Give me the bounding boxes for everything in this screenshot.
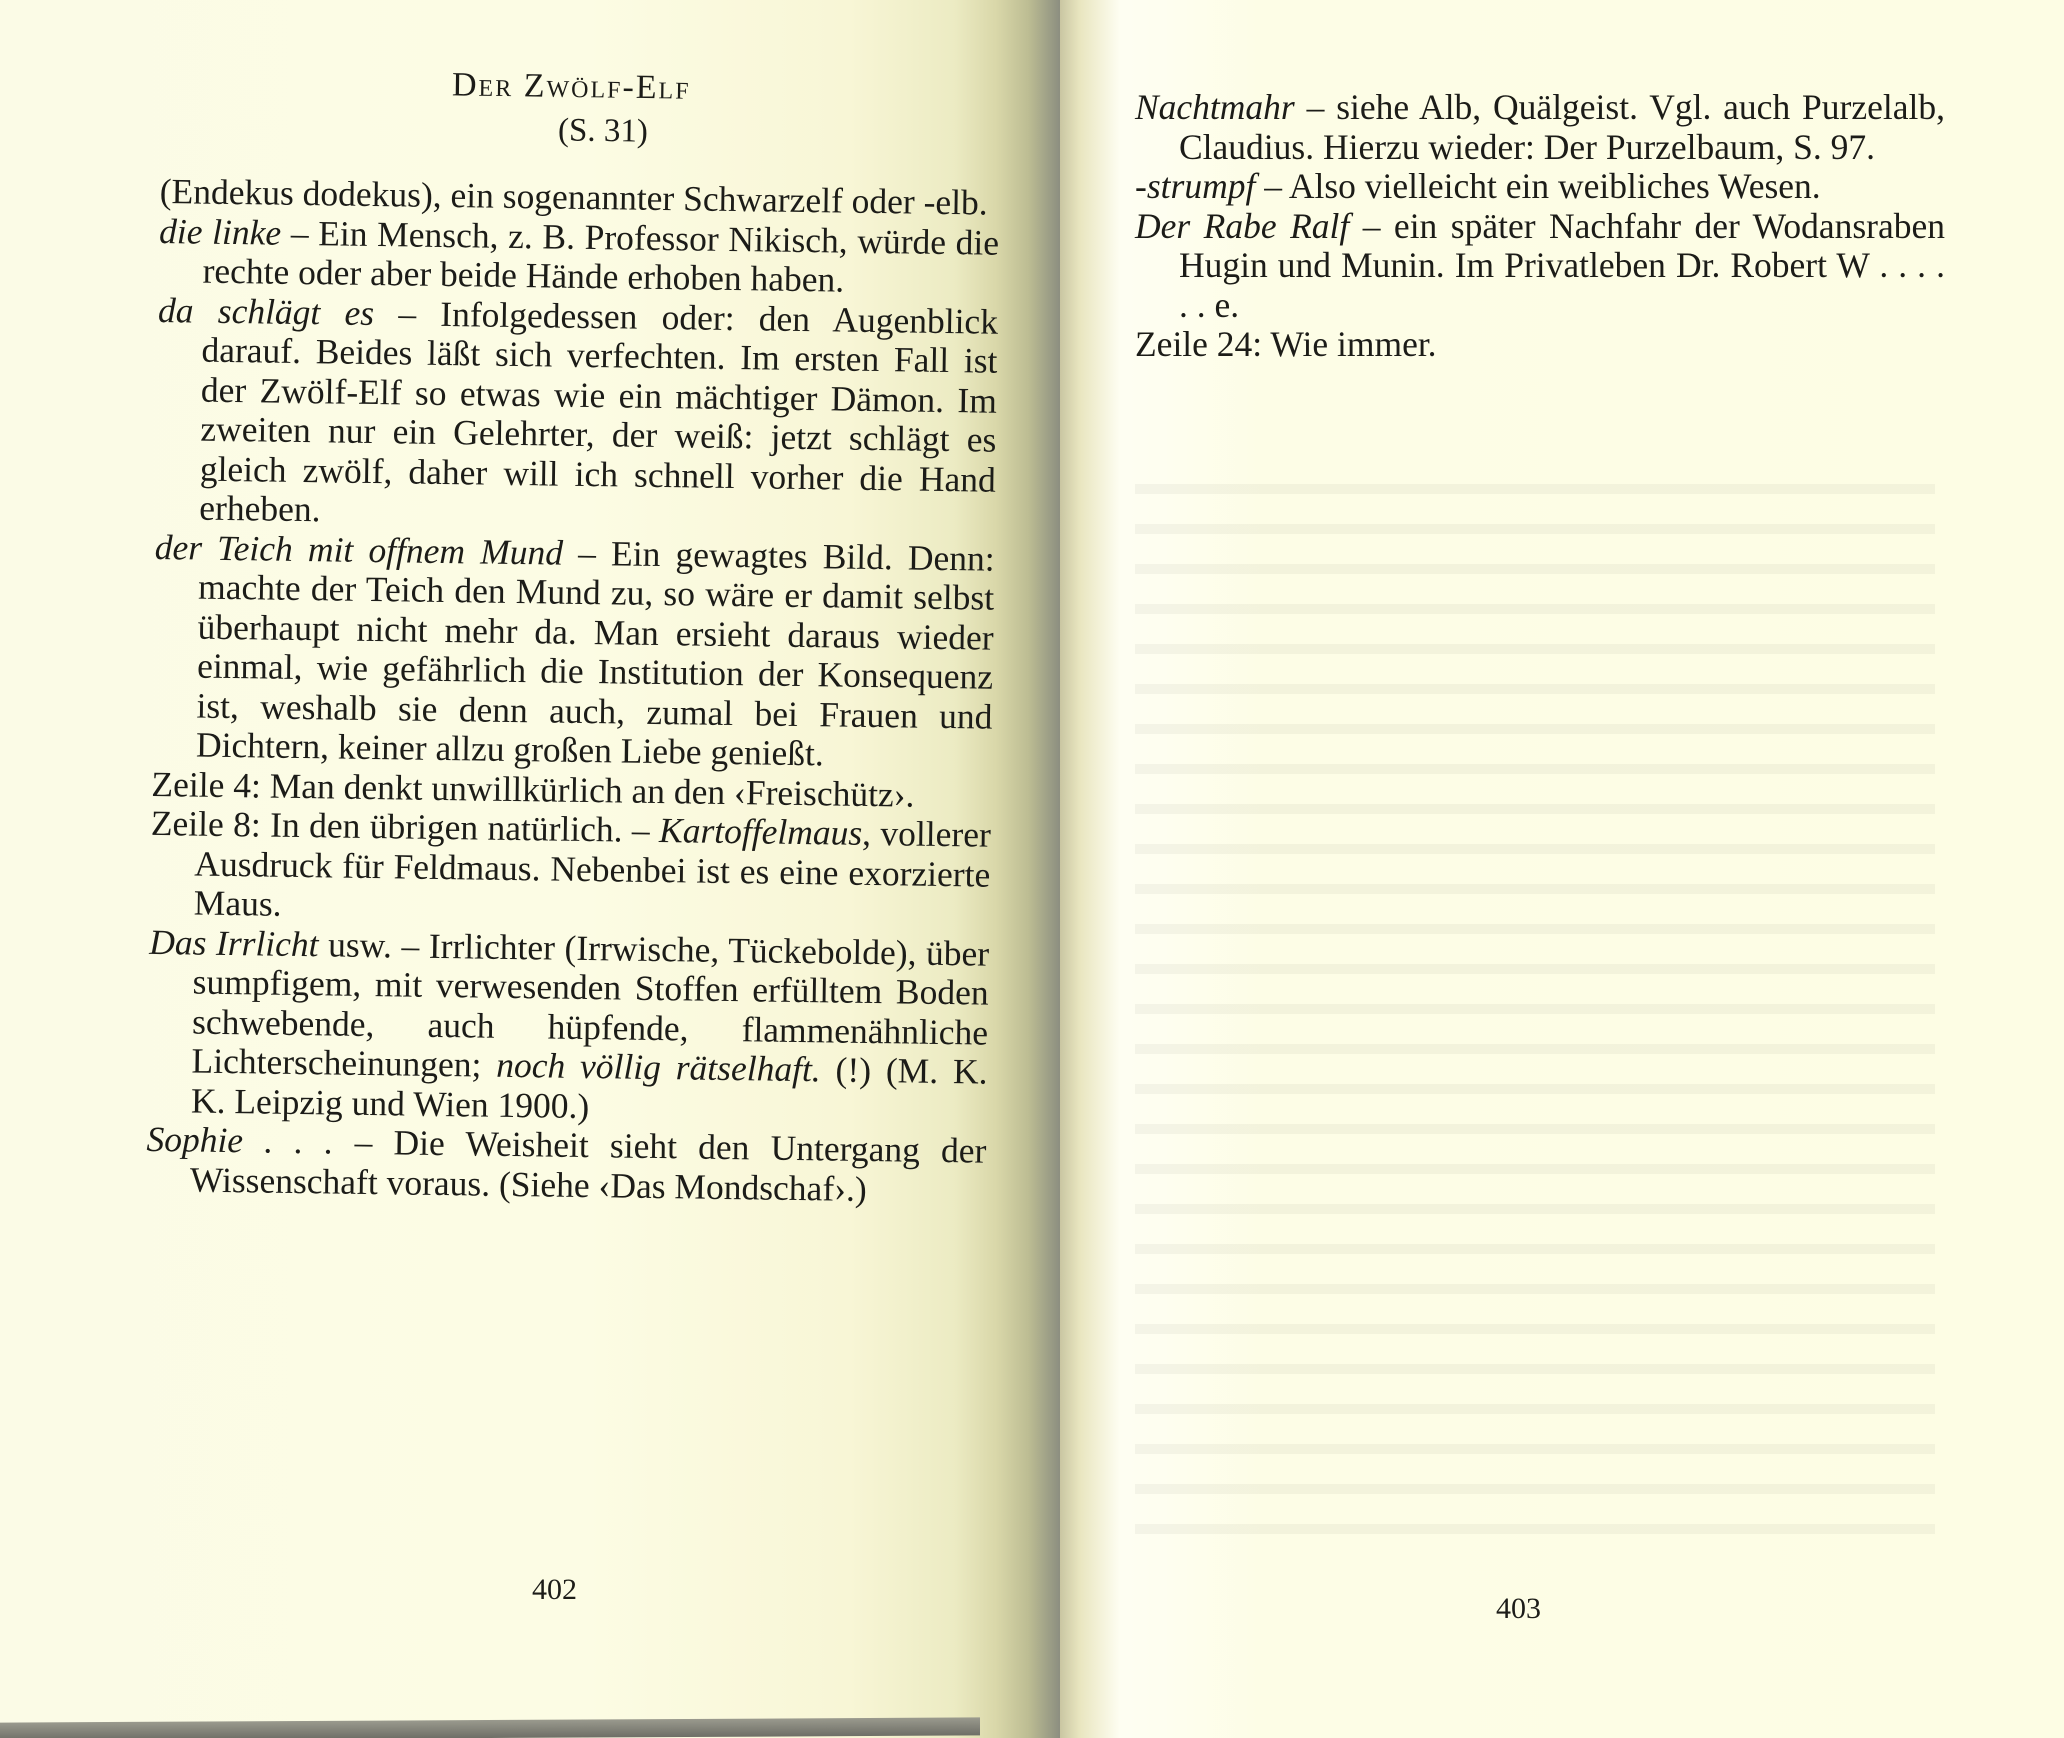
- page-number-left: 402: [532, 1573, 577, 1607]
- note-entry: Nachtmahr – siehe Alb, Quälgeist. Vgl. a…: [1135, 88, 1945, 167]
- entry-text: Zeile 24: Wie immer.: [1135, 324, 1437, 364]
- section-reference: (S. 31): [558, 112, 648, 150]
- entry-lemma: -strumpf: [1135, 166, 1255, 206]
- entry-text: – siehe Alb, Quälgeist. Vgl. auch Purzel…: [1179, 87, 1945, 167]
- note-entry: Zeile 24: Wie immer.: [1135, 325, 1945, 365]
- entry-text: – Ein gewagtes Bild. Denn: machte der Te…: [196, 532, 995, 773]
- right-page-text: Nachtmahr – siehe Alb, Quälgeist. Vgl. a…: [1135, 88, 1945, 365]
- note-entry: der Teich mit offnem Mund – Ein gewagtes…: [152, 527, 995, 776]
- note-entry: die linke – Ein Mensch, z. B. Professor …: [158, 211, 999, 302]
- entry-lemma: da schlägt es: [158, 289, 375, 332]
- book-spread: Der Zwölf-Elf (S. 31) (Endekus dodekus),…: [0, 0, 2064, 1738]
- entry-lemma: der Teich mit offnem Mund: [154, 526, 563, 572]
- entry-lemma: Sophie . . .: [146, 1119, 333, 1162]
- entry-text: – Ein Mensch, z. B. Professor Nikisch, w…: [202, 212, 999, 299]
- note-entry: Zeile 8: In den übrigen natürlich. – Kar…: [150, 804, 992, 934]
- note-entry: -strumpf – Also vielleicht ein weibliche…: [1135, 167, 1945, 207]
- show-through-text: [1135, 460, 1935, 1560]
- entry-text: – Also vielleicht ein weibliches Wesen.: [1255, 166, 1820, 206]
- entry-lemma: die linke: [159, 210, 282, 252]
- page-number-right: 403: [1496, 1592, 1541, 1626]
- entry-lemma: Nachtmahr: [1135, 87, 1295, 127]
- entry-italic-term: noch völlig rätselhaft.: [496, 1045, 821, 1090]
- note-entry: Der Rabe Ralf – ein später Nachfahr der …: [1135, 207, 1945, 326]
- entry-italic-term: Kartoffelmaus: [659, 810, 863, 853]
- entry-lemma: Das Irrlicht: [149, 921, 319, 963]
- note-entry: da schlägt es – Infolgedessen oder: den …: [155, 290, 998, 539]
- note-entry: Das Irrlicht usw. – Irrlichter (Irrwisch…: [147, 922, 990, 1131]
- running-head: Der Zwölf-Elf: [452, 66, 691, 107]
- entry-lemma: Der Rabe Ralf: [1135, 206, 1349, 246]
- note-entry: Sophie . . . – Die Weisheit sieht den Un…: [146, 1120, 987, 1211]
- left-page-text: (Endekus dodekus), ein sogenannter Schwa…: [146, 172, 1000, 1211]
